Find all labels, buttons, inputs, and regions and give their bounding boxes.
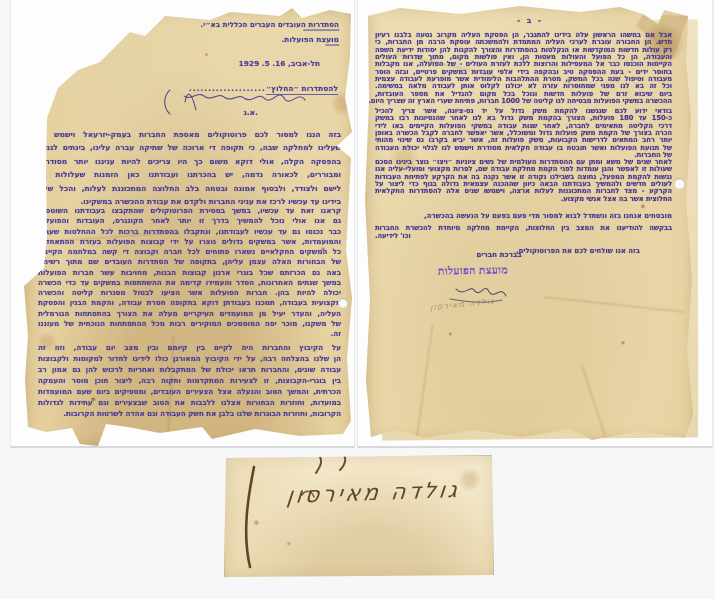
letterhead-rule: ------------------ [201,29,339,33]
typed-line: באה גם הכרזתם שכל בוגרי ארגון קבוצות הבנ… [38,268,341,278]
crease-line [582,366,608,442]
handwritten-annotation [160,86,308,118]
typed-line: זה. [38,329,341,339]
typed-line: בזה הננו למסור לכם פרוטוקולים מאספת החבר… [38,128,341,141]
typed-line: בבקשה להודיענו את המצב בין החלוצות, הקיי… [375,225,672,233]
letterhead-rule: ------- [201,44,339,48]
typed-line: הן שלנו בהצלחה רבה, על ידי הקיבוץ המאורג… [38,353,341,364]
salutation: .א.נ [243,108,258,117]
signature-ink-strokes [224,455,494,578]
typed-line: קראנו זאת עד עכשיו, במשך במסירת הפרוטוקו… [38,206,341,216]
typed-line: החלוצית אשר בה אצל אנשי מקצוע. [375,196,672,203]
left-paragraph-3: על הקיבוץ והחברות היה לקיים בין קיומם וב… [38,342,341,419]
request-paragraph: בבקשה להודיענו את המצב בין החלוצות, הקיי… [375,225,672,240]
left-paragraph-2: קראנו זאת עד עכשיו, במשך במסירת הפרוטוקו… [38,206,341,339]
typed-line: עבודה שונים, והחברות תראו יכולת של המתקב… [38,364,341,375]
typed-line: הקרובות, וחוזרות הבוגרות שלנו בלבן את חש… [38,408,341,419]
typed-line: במועדות, וחוזרות הבחורות אצלנו ללבבות את… [38,397,341,408]
letterhead-council-line: מועצת הפועלות. [201,35,339,44]
date-line: תל-אביב, 16. 5. 1929 [239,59,320,68]
typed-line: של תנועת הפועלות ואשר תובטח בו עבודה חקל… [375,145,672,152]
typed-line: שעלינו למחלקה שבה, כי תקופה די ארוכה של … [38,141,341,154]
golda-signature-faint: גולדה מאירסון [430,297,495,314]
typed-line: העליה, והעדר יעיל מן המועמדים העיקריים מ… [38,309,341,319]
typed-line: גם אנו אולי נוכל להמשיך בדרך זו יותר לאח… [38,216,341,226]
typed-line: כל המשקים החקלאיים נשארו פתוחים לכל חברה… [38,247,341,257]
typed-line: כבר נכנסו גם עד עכשיו לעבודתנו, ונתקבלו … [38,227,341,237]
typed-line: על הקיבוץ והחברות היה לקיים בין קיומם וב… [38,342,341,353]
typed-line: בהפסקה הקלה, אולי דוקא משום כך היו צריכי… [38,155,341,168]
punch-hole [674,178,685,189]
closing-salutation: בברכת חברים [459,250,539,259]
typed-line: לישם ולצודד, ולבסוף אמונה ובטחה בלב החלו… [38,182,341,195]
crease-line [544,297,683,313]
council-ink-stamp: מועצת הפועלות [438,265,508,277]
assurance-line: מובטחים אנחנו בזה ונשתדל לבוא למסור מדי … [424,212,672,220]
typed-line: מקצועית בעבודה, תמכנו בעבודתן דוקא בתקופ… [38,298,341,308]
right-paragraph-1: אבל אם במשהו הראשון עלה בידינו להתגבר, ה… [375,32,672,105]
typed-line: וכו' לידיעה. [375,233,672,241]
right-paragraph-3: לאחר שנים של משא ומתן עם ההסתדרות העולמי… [375,159,672,203]
letterhead: הסתדרות העובדים העברים הכללית בא״י. ----… [201,20,339,48]
left-paragraph-1: בזה הננו למסור לכם פרוטוקולים מאספת החבר… [38,128,341,208]
page-number-marker: - ב - [364,16,696,25]
typed-line: הכרתית, והמשך הטוב והנעלה אצל הצעירים הע… [38,386,341,397]
typed-line: בין בוגרי-הקבוצות, זו לצעירות המתקדמות ו… [38,375,341,386]
right-paragraph-2: בודאי ידוע לכם שנגשנו להקמת משק גדול על … [375,108,672,159]
right-document-page: - ב - אבל אם במשהו הראשון עלה בידינו להת… [364,4,696,444]
crease-line [416,325,433,442]
typed-line: והמועמדות, אשר במשקים גדולים נוצרו על יד… [38,237,341,247]
typed-line: של משקנו, מוכר יפה המוסמכים המוקירים רבו… [38,319,341,329]
typed-line: ומבוררים, לכאורה נדמה, יש בהכרתנו ועבודת… [38,168,341,181]
punch-hole [338,298,348,308]
typed-line: ההכשרה במשקי הפועלות מבטיחה לנו קליטה של… [375,98,672,105]
typed-line: של הבחורות האלה עצמן עליהן, בתקופה של הס… [38,257,341,267]
photo-composite: הסתדרות העובדים העברים הכללית בא״י. ----… [0,0,715,599]
typed-line: במשך שנתים האחרונות, הסדר והעמידו קדימה … [38,278,341,288]
signature-card-photo: גולדה מאירסון [224,455,494,578]
typed-line: יכולה להיות בהן. חברות הפועלות אשר הציעו… [38,288,341,298]
